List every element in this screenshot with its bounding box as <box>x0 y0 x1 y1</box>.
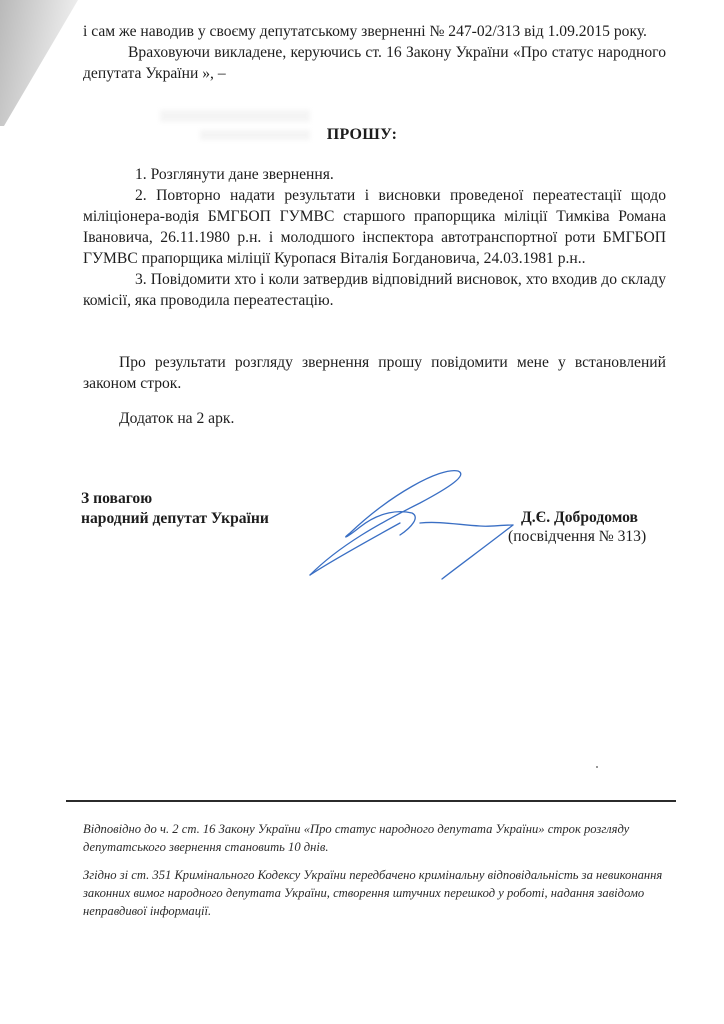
handwritten-signature <box>300 465 540 585</box>
request-item-3: 3. Повідомити хто і коли затвердив відпо… <box>83 269 666 311</box>
paragraph-reference: і сам же наводив у своєму депутатському … <box>83 21 666 42</box>
signatory-title-block: З повагою народний депутат України <box>81 489 269 529</box>
closing-salutation: З повагою <box>81 489 269 509</box>
paragraph-response-request: Про результати розгляду звернення прошу … <box>83 352 666 394</box>
paragraph-legal-basis: Враховуючи викладене, керуючись ст. 16 З… <box>83 42 666 84</box>
attachment-note: Додаток на 2 арк. <box>83 408 666 429</box>
signatory-position: народний депутат України <box>81 509 269 529</box>
attachment-label: Додаток на 2 арк. <box>119 410 234 427</box>
scan-speck <box>596 766 598 768</box>
signatory-certificate: (посвідчення № 313) <box>508 527 646 547</box>
scan-page-fold-shadow <box>0 0 80 130</box>
letter-body-top: і сам же наводив у своєму депутатському … <box>83 21 666 84</box>
signatory-name: Д.Є. Добродомов <box>521 508 638 528</box>
footer-divider <box>66 800 676 802</box>
request-item-2: 2. Повторно надати результати і висновки… <box>83 185 666 269</box>
request-list: 1. Розглянути дане звернення. 2. Повторн… <box>83 164 666 311</box>
letter-closing-paragraph: Про результати розгляду звернення прошу … <box>83 352 666 394</box>
scan-bleed-through <box>160 110 310 122</box>
footnote-liability: Згідно зі ст. 351 Кримінального Кодексу … <box>83 866 683 920</box>
request-item-1: 1. Розглянути дане звернення. <box>83 164 666 185</box>
request-heading: ПРОШУ: <box>0 126 724 144</box>
footnote-deadline: Відповідно до ч. 2 ст. 16 Закону України… <box>83 820 683 856</box>
